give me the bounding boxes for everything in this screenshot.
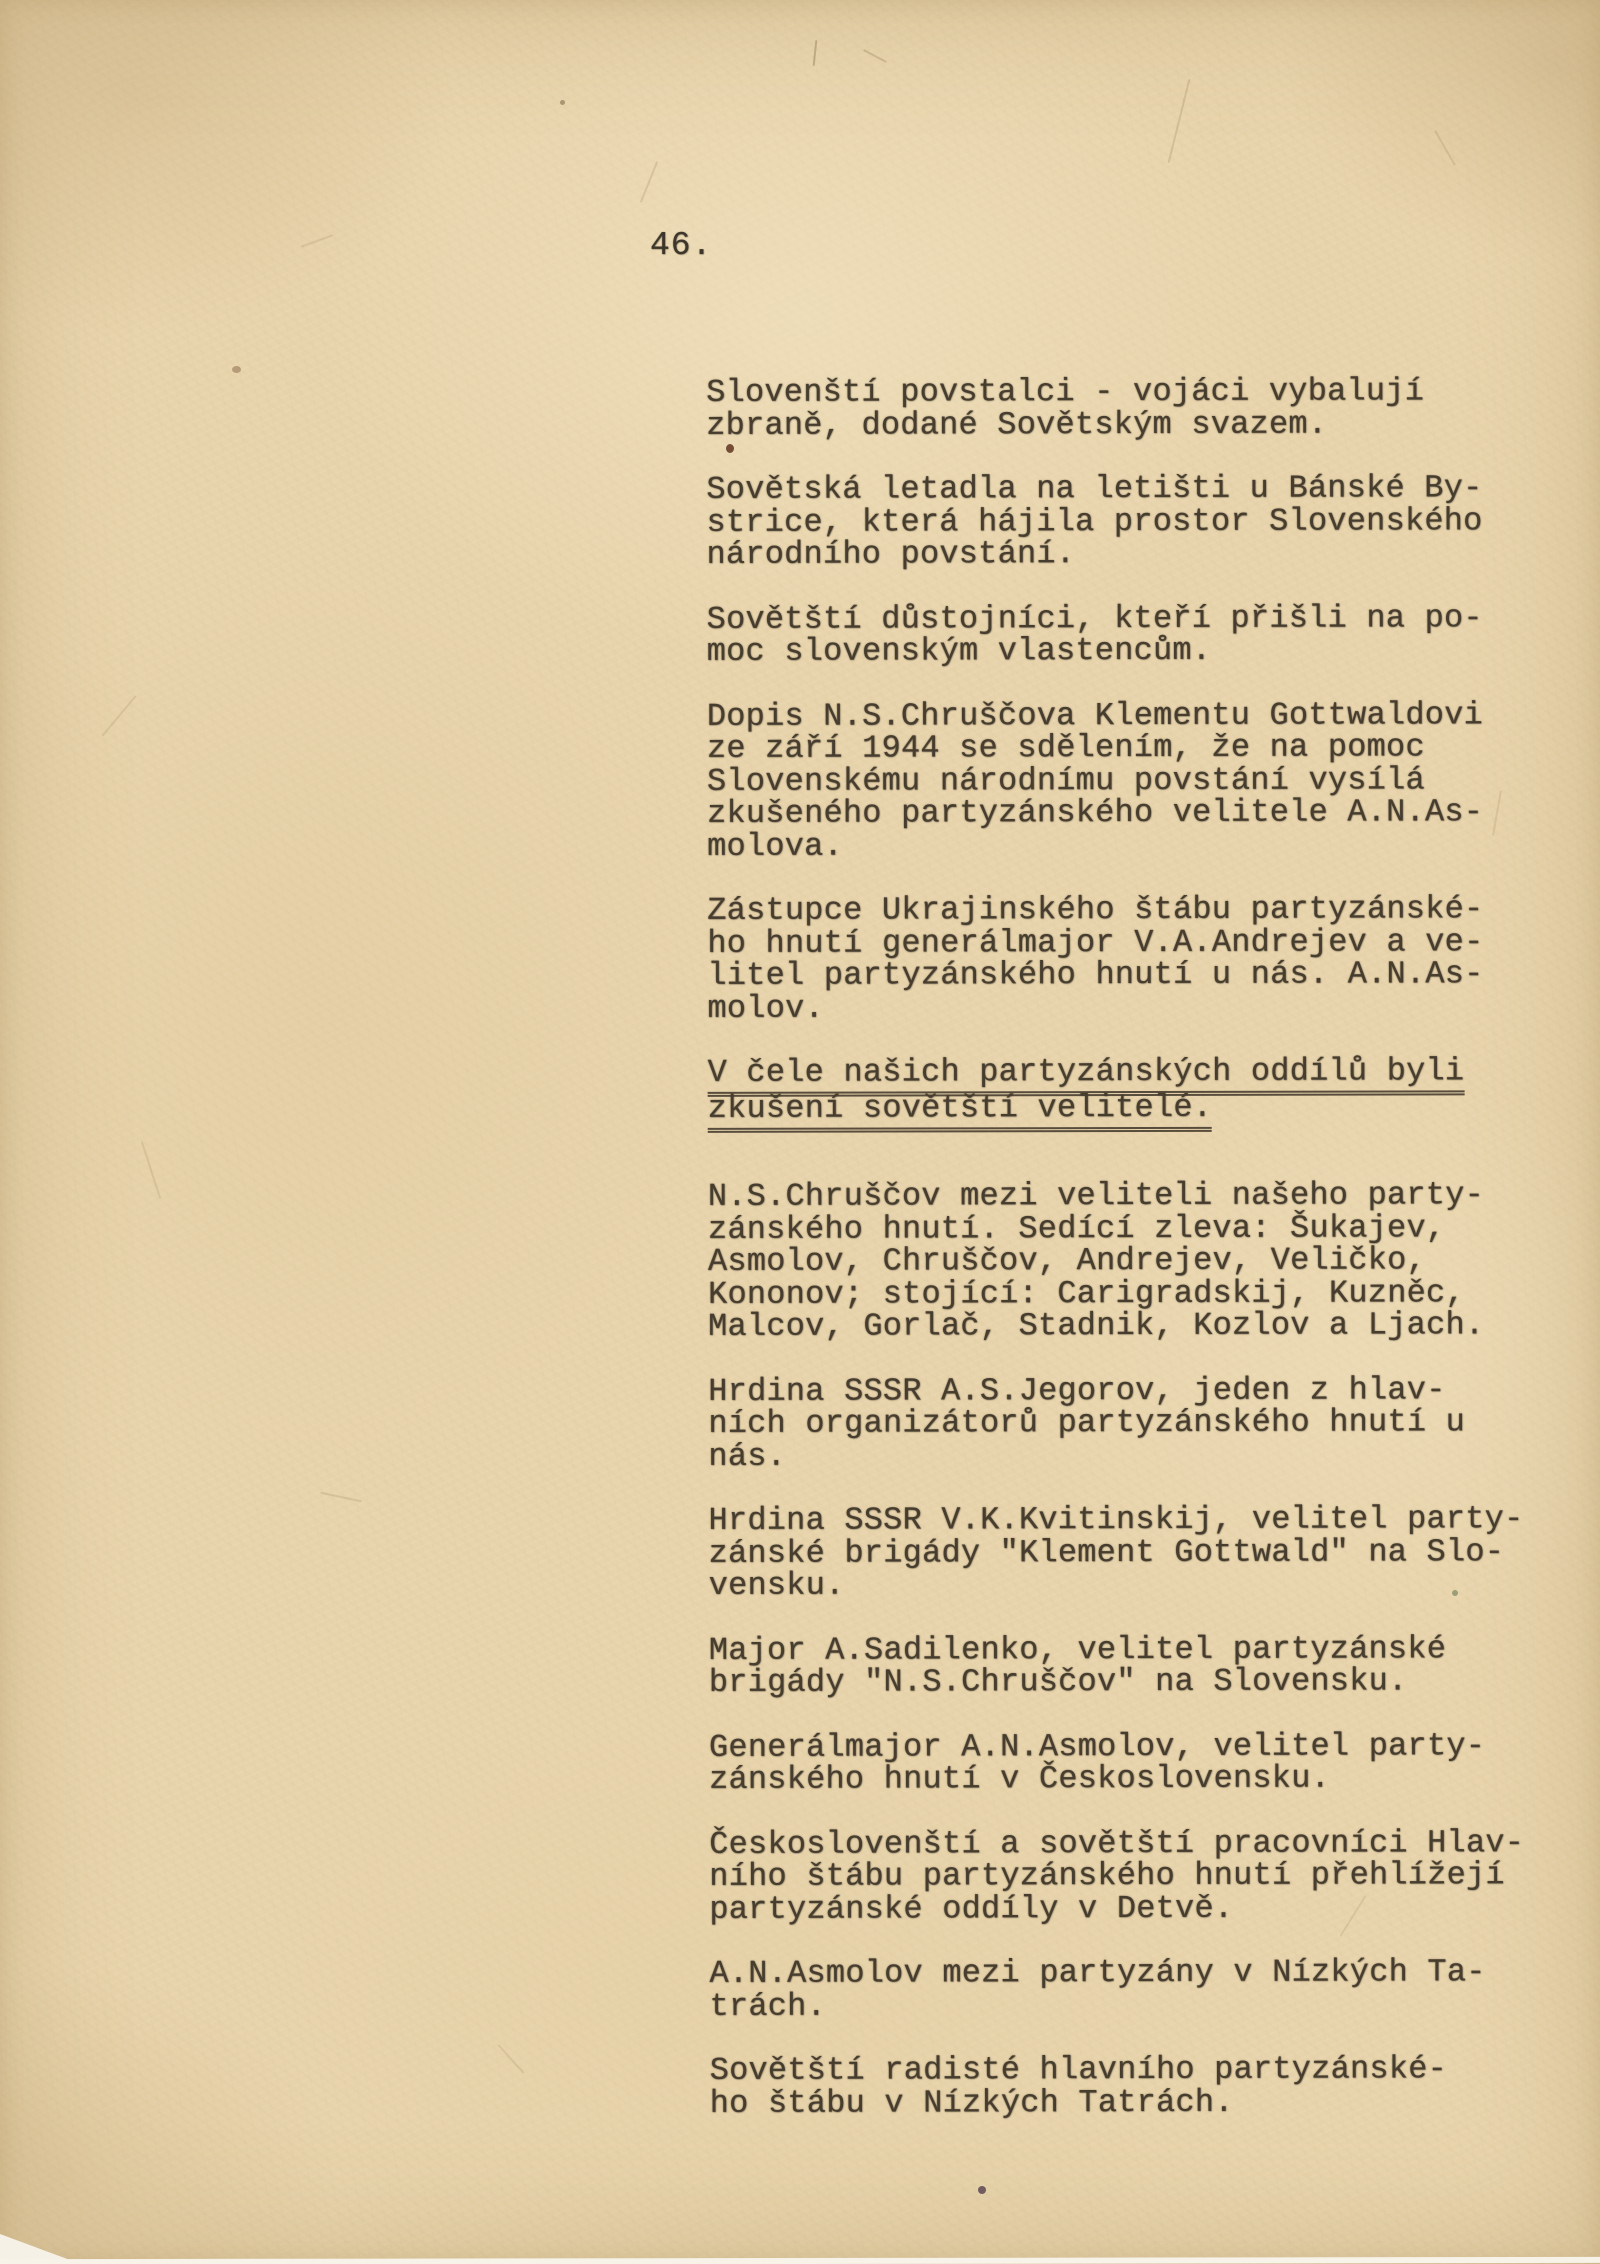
text-line: zkušení sovětští velitelé.	[708, 1091, 1568, 1129]
text-line: zkušeného partyzánského velitele A.N.As-	[707, 796, 1567, 830]
text-line: ho štábu v Nízkých Tatrách.	[710, 2086, 1570, 2120]
paragraph: Major A.Sadilenko, velitel partyzánskébr…	[709, 1633, 1569, 1700]
text-line: Zástupce Ukrajinského štábu partyzánské-	[707, 893, 1567, 927]
text-line: Sovětští důstojníci, kteří přišli na po-	[707, 602, 1567, 636]
paper-speck	[726, 444, 734, 453]
text-line: zbraně, dodané Sovětským svazem.	[706, 408, 1566, 442]
text-line: strice, která hájila prostor Slovenského	[706, 505, 1566, 539]
text-line: moc slovenským vlastencům.	[707, 634, 1567, 668]
paper-fiber	[301, 234, 334, 248]
paragraph: Slovenští povstalci - vojáci vybalujízbr…	[706, 375, 1566, 442]
paper-fiber	[1434, 130, 1456, 166]
text-line: A.N.Asmolov mezi partyzány v Nízkých Ta-	[709, 1956, 1569, 1990]
paper-speck	[978, 2186, 986, 2194]
text-line: Dopis N.S.Chruščova Klementu Gottwaldovi	[707, 699, 1567, 733]
underlined-text: zkušení sovětští velitelé.	[708, 1089, 1213, 1133]
text-line: Asmolov, Chruščov, Andrejev, Veličko,	[708, 1244, 1568, 1278]
text-line: nás.	[708, 1439, 1568, 1473]
paragraph: Dopis N.S.Chruščova Klementu Gottwaldovi…	[707, 699, 1567, 863]
paper-fiber	[1168, 79, 1191, 163]
text-line: Major A.Sadilenko, velitel partyzánské	[709, 1633, 1569, 1667]
scan-edge-corner	[0, 2234, 70, 2260]
paper-speck	[232, 366, 241, 373]
text-line: ního štábu partyzánského hnutí přehlížej…	[709, 1859, 1569, 1893]
paragraph: Sovětští radisté hlavního partyzánské-ho…	[710, 2053, 1570, 2120]
text-line: Sovětská letadla na letišti u Bánské By-	[706, 472, 1566, 506]
paragraph: Českoslovenští a sovětští pracovníci Hla…	[709, 1827, 1569, 1926]
text-line: zánského hnutí. Sedící zleva: Šukajev,	[708, 1212, 1568, 1246]
paragraph: Generálmajor A.N.Asmolov, velitel party-…	[709, 1730, 1569, 1797]
text-line: ze září 1944 se sdělením, že na pomoc	[707, 731, 1567, 765]
text-line: N.S.Chruščov mezi veliteli našeho party-	[708, 1179, 1568, 1213]
underlined-heading: V čele našich partyzánských oddílů byliz…	[708, 1055, 1568, 1129]
text-line: trách.	[710, 1989, 1570, 2023]
paper-fiber	[320, 1492, 361, 1503]
paper-fiber	[813, 40, 818, 66]
text-line: zánského hnutí v Československu.	[709, 1762, 1569, 1796]
text-line: vensku.	[709, 1568, 1569, 1602]
paper-speck	[560, 100, 565, 105]
scan-edge-bottom	[0, 2257, 1600, 2264]
text-line: Sovětští radisté hlavního partyzánské-	[710, 2053, 1570, 2087]
text-line: partyzánské oddíly v Detvě.	[709, 1892, 1569, 1926]
paragraph: Hrdina SSSR A.S.Jegorov, jeden z hlav-ní…	[708, 1374, 1568, 1473]
paper-fiber	[498, 2044, 525, 2074]
text-line: V čele našich partyzánských oddílů byli	[708, 1055, 1568, 1093]
text-line: Generálmajor A.N.Asmolov, velitel party-	[709, 1730, 1569, 1764]
page-number: 46.	[650, 227, 712, 264]
text-line: ních organizátorů partyzánského hnutí u	[708, 1406, 1568, 1440]
paper-speck	[1452, 1590, 1458, 1596]
paragraph: A.N.Asmolov mezi partyzány v Nízkých Ta-…	[709, 1956, 1569, 2023]
paragraph: N.S.Chruščov mezi veliteli našeho party-…	[708, 1179, 1568, 1343]
text-line: brigády "N.S.Chruščov" na Slovensku.	[709, 1665, 1569, 1699]
text-line: molova.	[707, 829, 1567, 863]
paragraph: Hrdina SSSR V.K.Kvitinskij, velitel part…	[709, 1503, 1569, 1602]
paragraph: Zástupce Ukrajinského štábu partyzánské-…	[707, 893, 1567, 1025]
paper-fiber	[141, 1141, 161, 1199]
paragraph: Sovětští důstojníci, kteří přišli na po-…	[707, 602, 1567, 669]
text-line: Malcov, Gorlač, Stadnik, Kozlov a Ljach.	[708, 1309, 1568, 1343]
text-line: Hrdina SSSR V.K.Kvitinskij, velitel part…	[709, 1503, 1569, 1537]
document-page: 46. Slovenští povstalci - vojáci vybaluj…	[0, 0, 1600, 2264]
text-block: Slovenští povstalci - vojáci vybalujízbr…	[706, 375, 1570, 2152]
text-line: národního povstání.	[706, 537, 1566, 571]
text-line: Slovenští povstalci - vojáci vybalují	[706, 375, 1566, 409]
text-line: molov.	[707, 991, 1567, 1025]
paper-fiber	[102, 695, 137, 736]
paper-fiber	[640, 161, 658, 203]
paper-fiber	[863, 49, 887, 63]
text-line: zánské brigády "Klement Gottwald" na Slo…	[709, 1536, 1569, 1570]
paragraph: Sovětská letadla na letišti u Bánské By-…	[706, 472, 1566, 571]
text-line: litel partyzánského hnutí u nás. A.N.As-	[707, 958, 1567, 992]
